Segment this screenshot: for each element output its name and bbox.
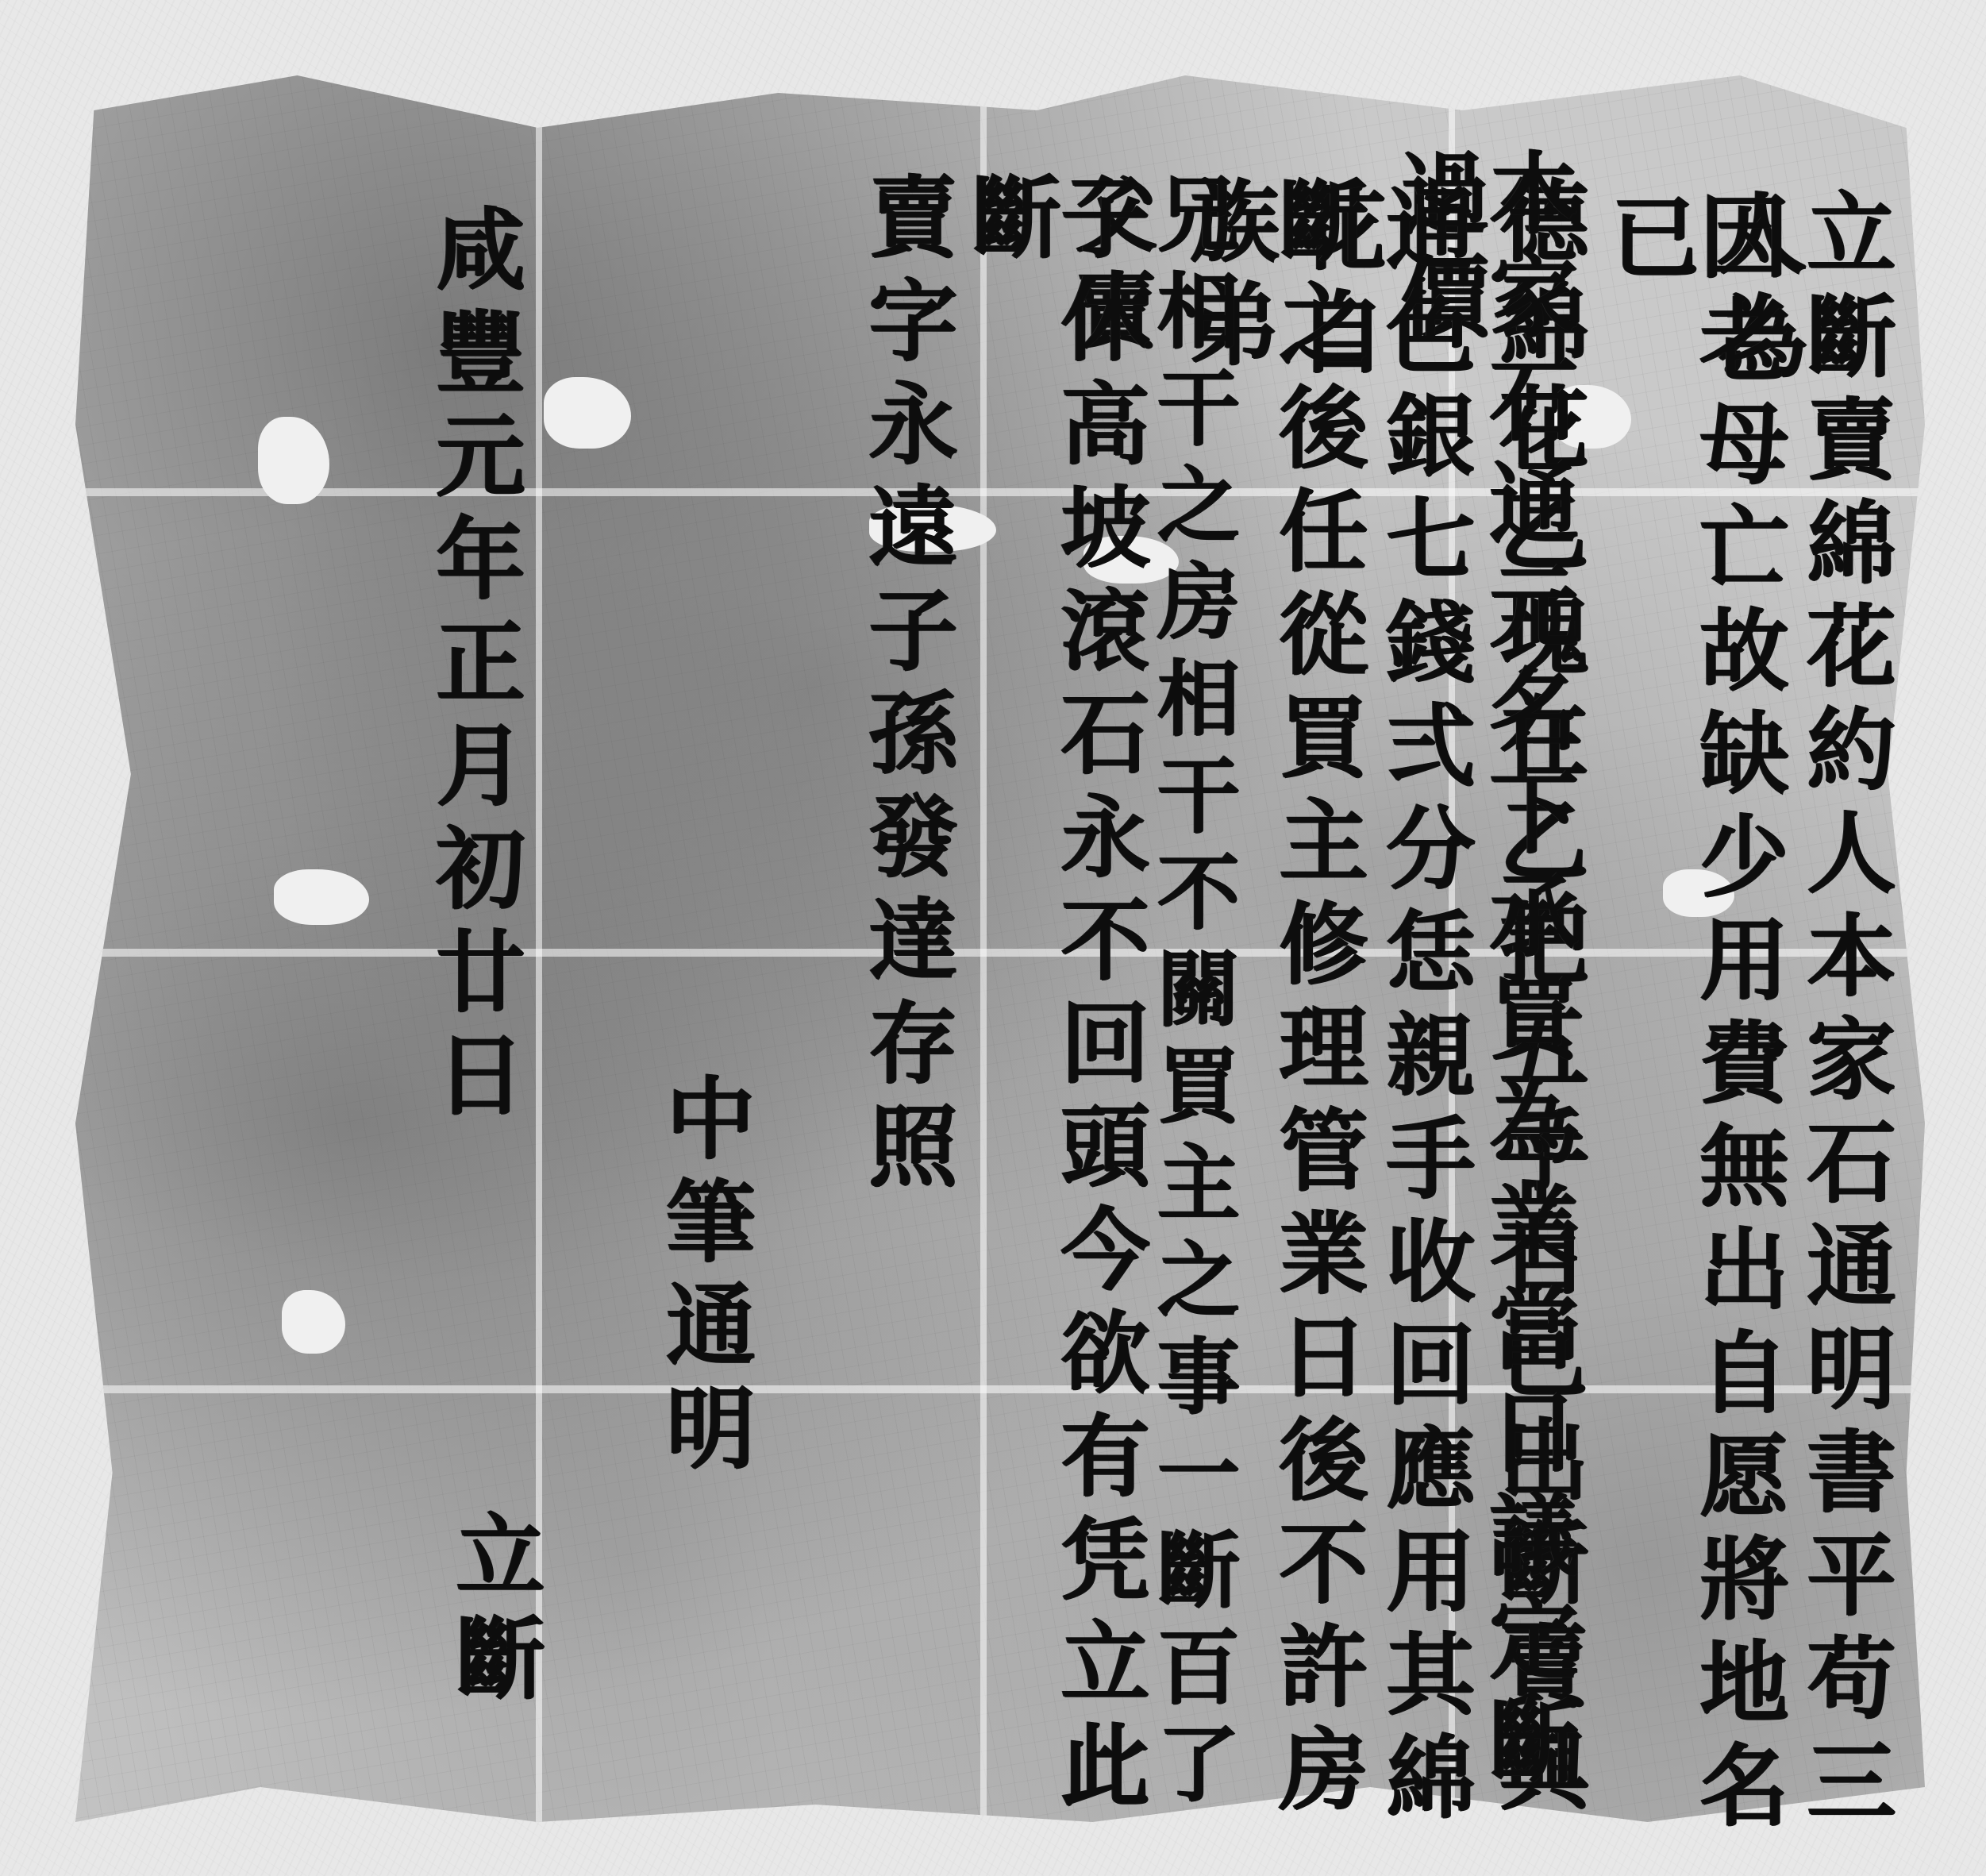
paper-tear bbox=[274, 869, 369, 925]
contract-closing: 立斷 bbox=[448, 1508, 537, 1715]
contract-column-9: 賣字永遠子孫發達存照 bbox=[861, 171, 950, 1203]
paper-tear bbox=[258, 417, 329, 504]
contract-column-8: 子休高坡滾石永不回頭今欲有凭立此斷 bbox=[964, 171, 1142, 1876]
paper-tear bbox=[282, 1290, 345, 1354]
contract-column-2: 因老母亡故缺少用費無出自愿將地名已 bbox=[1603, 191, 1781, 1876]
contract-date: 咸豐元年正月初廿日 bbox=[429, 202, 518, 1131]
paper-tear bbox=[544, 377, 631, 449]
middleman-writer-signature: 中筆通明 bbox=[659, 1072, 748, 1485]
